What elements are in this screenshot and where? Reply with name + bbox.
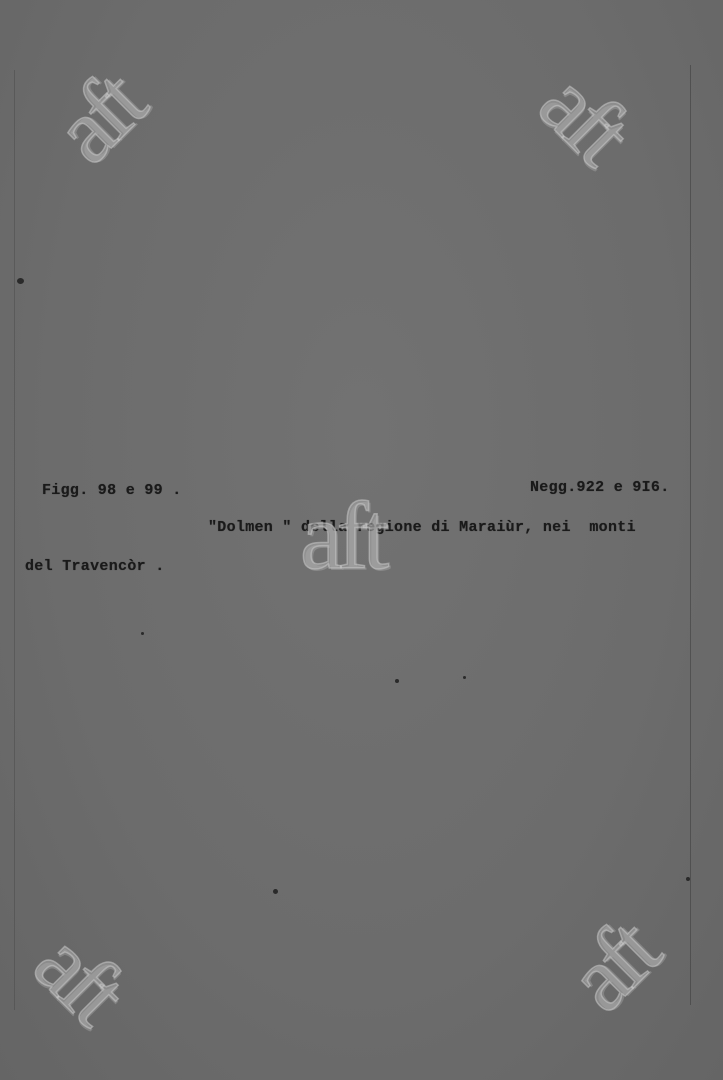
caption-line-2: del Travencòr . — [25, 558, 165, 575]
dust-speck — [463, 676, 466, 679]
aft-watermark: aft — [300, 488, 383, 584]
caption-line-1: "Dolmen " della regione di Maraiùr, nei … — [208, 519, 636, 536]
document-page: aft aft aft aft Figg. 98 e 99 . Negg.922… — [0, 0, 723, 1080]
page-edge-line-right — [690, 65, 691, 1005]
aft-watermark: aft — [524, 56, 645, 177]
page-edge-line-left — [14, 70, 15, 1010]
aft-watermark: aft — [37, 58, 158, 179]
aft-watermark: aft — [551, 906, 672, 1027]
dust-speck — [141, 632, 144, 635]
dust-speck — [17, 278, 24, 284]
figure-reference: Figg. 98 e 99 . — [42, 482, 182, 499]
dust-speck — [686, 877, 690, 881]
negative-reference: Negg.922 e 9I6. — [530, 479, 670, 496]
dust-speck — [395, 679, 399, 683]
dust-speck — [273, 889, 278, 894]
aft-watermark: aft — [19, 916, 140, 1037]
